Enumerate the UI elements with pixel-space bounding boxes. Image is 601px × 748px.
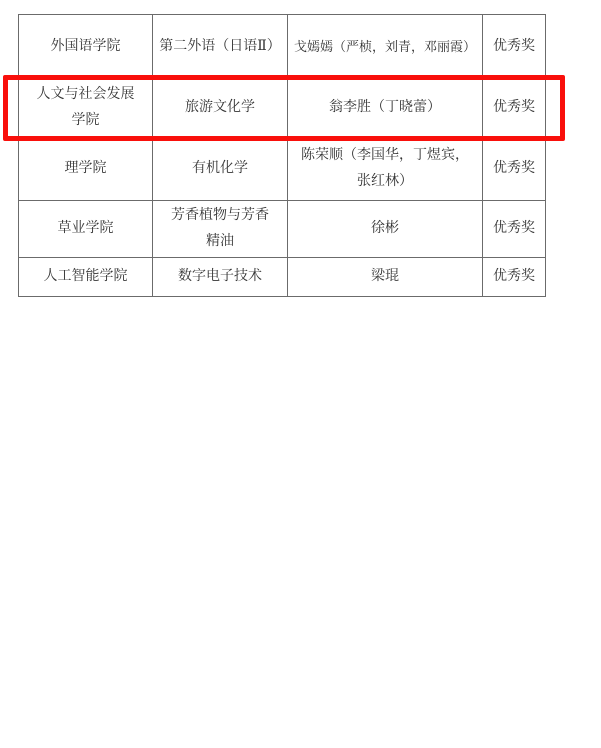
course-cell: 第二外语（日语Ⅱ）: [153, 15, 288, 80]
course-cell: 旅游文化学: [153, 80, 288, 137]
award-cell: 优秀奖: [483, 258, 546, 297]
document-page: { "page": { "background": "#ffffff", "te…: [0, 0, 601, 748]
course-cell: 芳香植物与芳香 精油: [153, 201, 288, 258]
table-row: 外国语学院 第二外语（日语Ⅱ） 戈嫣嫣（严桢，刘青，邓丽霞） 优秀奖: [19, 15, 546, 80]
table-row-highlighted: 人文与社会发展 学院 旅游文化学 翁李胜（丁晓蕾） 优秀奖: [19, 80, 546, 137]
college-cell: 草业学院: [19, 201, 153, 258]
awardees-cell: 戈嫣嫣（严桢，刘青，邓丽霞）: [288, 15, 483, 80]
college-cell: 理学院: [19, 137, 153, 201]
table-row: 人工智能学院 数字电子技术 梁琨 优秀奖: [19, 258, 546, 297]
award-cell: 优秀奖: [483, 201, 546, 258]
course-cell: 数字电子技术: [153, 258, 288, 297]
table-row: 理学院 有机化学 陈荣顺（李国华，丁煜宾， 张红林） 优秀奖: [19, 137, 546, 201]
college-cell: 人文与社会发展 学院: [19, 80, 153, 137]
table-row: 草业学院 芳香植物与芳香 精油 徐彬 优秀奖: [19, 201, 546, 258]
award-cell: 优秀奖: [483, 80, 546, 137]
course-cell: 有机化学: [153, 137, 288, 201]
awardees-cell: 翁李胜（丁晓蕾）: [288, 80, 483, 137]
awards-table: 外国语学院 第二外语（日语Ⅱ） 戈嫣嫣（严桢，刘青，邓丽霞） 优秀奖 人文与社会…: [18, 14, 546, 297]
awardees-cell: 梁琨: [288, 258, 483, 297]
award-cell: 优秀奖: [483, 15, 546, 80]
award-cell: 优秀奖: [483, 137, 546, 201]
awardees-cell: 陈荣顺（李国华，丁煜宾， 张红林）: [288, 137, 483, 201]
college-cell: 人工智能学院: [19, 258, 153, 297]
college-cell: 外国语学院: [19, 15, 153, 80]
awardees-cell: 徐彬: [288, 201, 483, 258]
